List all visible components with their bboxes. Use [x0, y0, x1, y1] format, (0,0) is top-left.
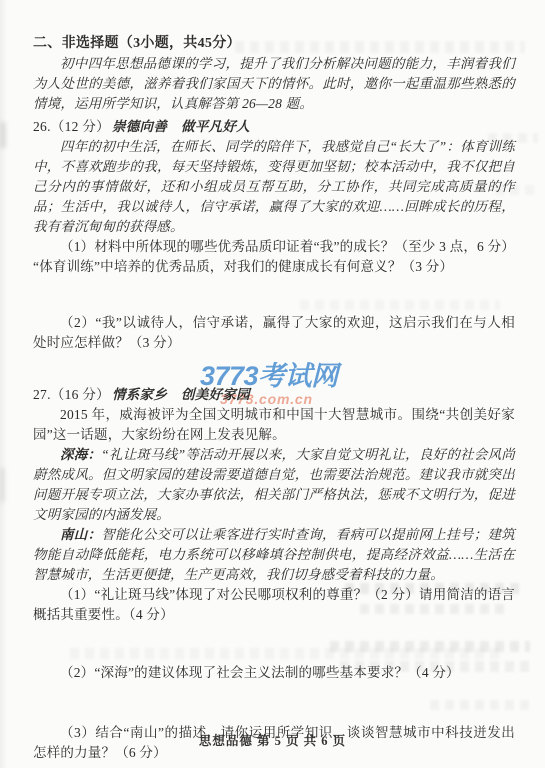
q27-heading: 27.（16 分）情系家乡 创美好家园 — [33, 385, 515, 405]
scanned-exam-page: 3773考试网 3773.com.cn 二、非选择题（3小题，共45分） 初中四… — [0, 0, 545, 768]
section-title: 二、非选择题（3小题，共45分） — [33, 34, 515, 54]
q27-comment-shenhai: 深海：“礼让斑马线”等活动开展以来，大家自觉文明礼让，良好的社会风尚蔚然成风。但… — [33, 445, 515, 525]
q26-body: 四年的初中生活，在师长、同学的陪伴下，我感觉自己“长大了”：体育训练中，不喜欢跑… — [33, 137, 515, 237]
q26-number: 26.（12 分） — [33, 119, 110, 134]
q27-title: 情系家乡 创美好家园 — [112, 387, 250, 402]
q27-comment-nanshan: 南山：智能化公交可以让乘客进行实时查询，看病可以提前网上挂号；建筑物能自动降低能… — [33, 525, 515, 585]
section-intro: 初中四年思想品德课的学习，提升了我们分析解决问题的能力，丰润着我们为人处世的美德… — [33, 54, 515, 114]
nanshan-label: 南山： — [60, 527, 101, 542]
exam-content: 二、非选择题（3小题，共45分） 初中四年思想品德课的学习，提升了我们分析解决问… — [0, 0, 545, 763]
q26-title: 崇德向善 做平凡好人 — [112, 119, 250, 134]
nanshan-text: 智能化公交可以让乘客进行实时查询，看病可以提前网上挂号；建筑物能自动降低能耗，电… — [33, 527, 515, 582]
q27-part2: （2）“深海”的建议体现了社会主义法制的哪些基本要求？（4 分） — [33, 663, 515, 683]
shenhai-label: 深海： — [60, 447, 101, 462]
shenhai-text: “礼让斑马线”等活动开展以来，大家自觉文明礼让，良好的社会风尚蔚然成风。但文明家… — [33, 447, 515, 522]
q26-part2: （2）“我”以诚待人，信守承诺，赢得了大家的欢迎，这启示我们在与人相处时应怎样做… — [33, 313, 515, 353]
q26-heading: 26.（12 分）崇德向善 做平凡好人 — [33, 117, 515, 137]
q27-intro: 2015 年，威海被评为全国文明城市和中国十大智慧城市。围绕“共创美好家园”这一… — [33, 405, 515, 445]
q26-part1: （1）材料中所体现的哪些优秀品质印证着“我”的成长？（至少 3 点，6 分）“体… — [33, 237, 515, 277]
q27-number: 27.（16 分） — [33, 387, 110, 402]
page-footer: 思想品德 第 5 页 共 6 页 — [0, 731, 545, 749]
q27-part1: （1）“礼让斑马线”体现了对公民哪项权利的尊重？（2 分）请用简洁的语言概括其重… — [33, 585, 515, 625]
